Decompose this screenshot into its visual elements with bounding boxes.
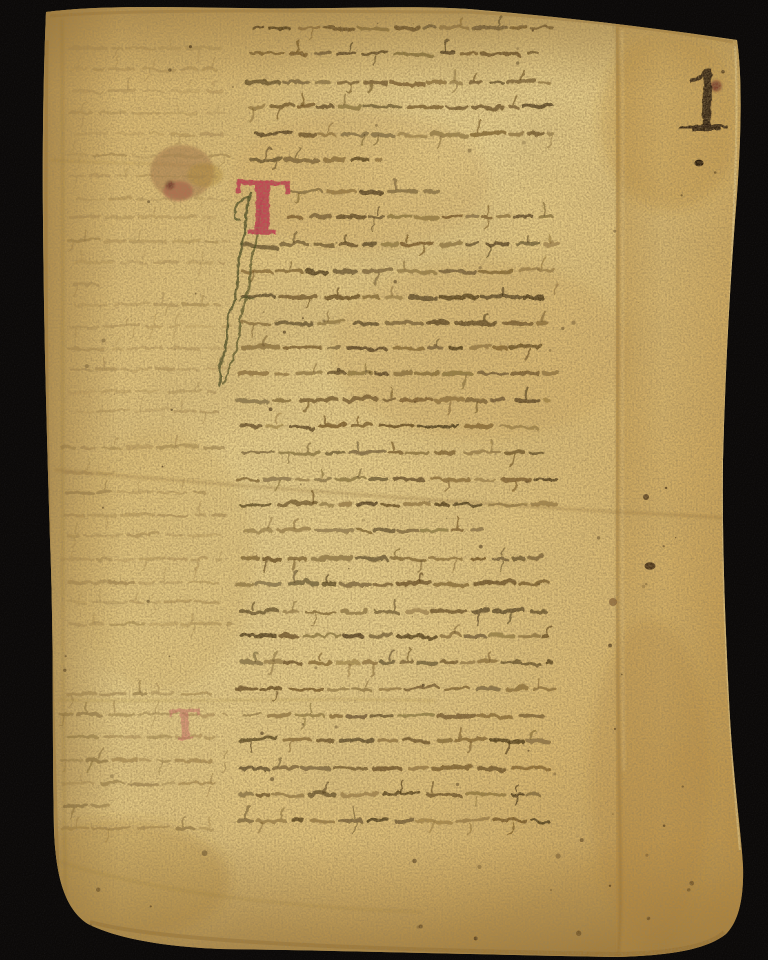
parchment-grain: [40, 0, 750, 960]
parchment-leaf: T T 1: [10, 0, 750, 960]
photograph-background: T T 1: [0, 0, 768, 960]
manuscript-page-photo: T T 1: [0, 0, 768, 960]
